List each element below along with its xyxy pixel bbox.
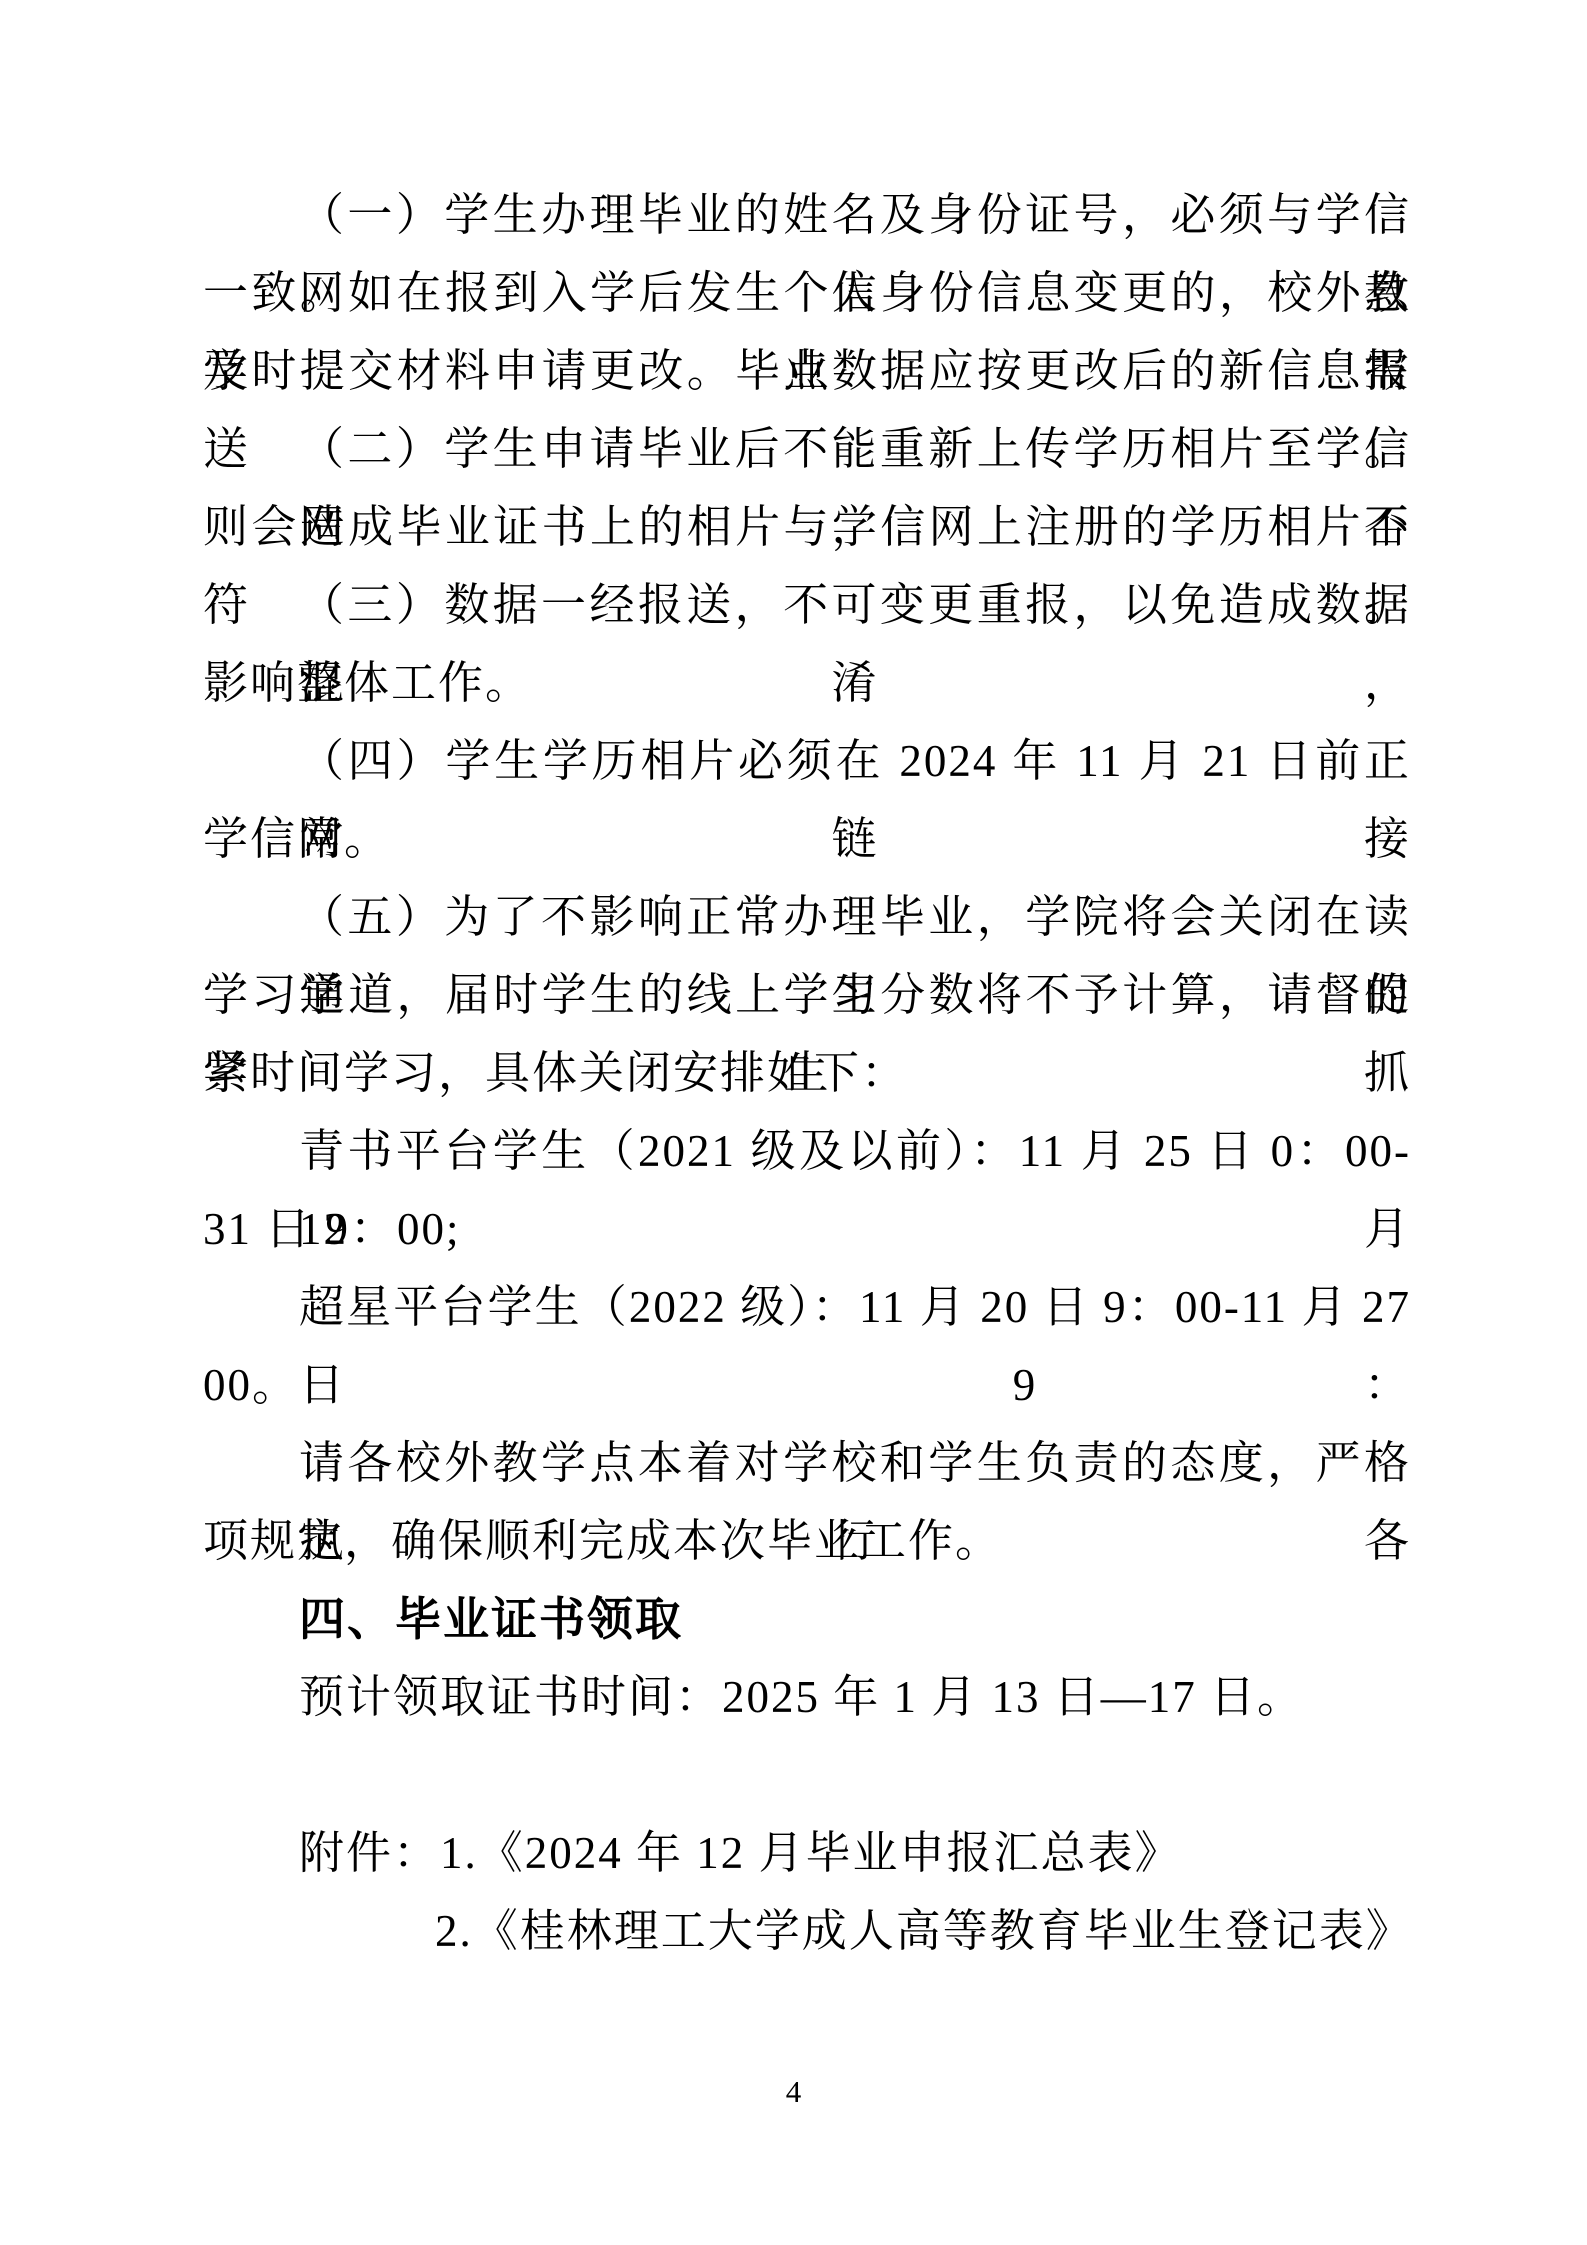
page-number: 4 [0,2072,1587,2112]
document-page: （一）学生办理毕业的姓名及身份证号，必须与学信网信息 一致。如在报到入学后发生个… [0,0,1587,2245]
section-heading: 四、毕业证书领取 [203,1580,1411,1658]
blank-line [203,1736,1411,1814]
paragraph-line: 超星平台学生（2022 级）：11 月 20 日 9：00-11 月 27 日 … [203,1268,1411,1346]
paragraph-line: 及时提交材料申请更改。毕业数据应按更改后的新信息报送。 [203,332,1411,410]
paragraph-line: 请各校外教学点本着对学校和学生负责的态度，严格执行各 [203,1424,1411,1502]
attachment-line: 2.《桂林理工大学成人高等教育毕业生登记表》 [203,1892,1411,1970]
paragraph-line: 一致。如在报到入学后发生个人身份信息变更的，校外教学点需 [203,254,1411,332]
paragraph-line: 青书平台学生（2021 级及以前）：11 月 25 日 0：00-12 月 [203,1112,1411,1190]
paragraph-line: （二）学生申请毕业后不能重新上传学历相片至学信网，否 [203,410,1411,488]
attachment-line: 附件：1.《2024 年 12 月毕业申报汇总表》 [203,1814,1411,1892]
paragraph-line: 学习通道，届时学生的线上学习分数将不予计算，请督促学生抓 [203,956,1411,1034]
paragraph-line: （五）为了不影响正常办理毕业，学院将会关闭在读学生的 [203,878,1411,956]
body-text: （一）学生办理毕业的姓名及身份证号，必须与学信网信息 一致。如在报到入学后发生个… [203,176,1411,1970]
paragraph-line: 则会造成毕业证书上的相片与学信网上注册的学历相片不符。 [203,488,1411,566]
paragraph-line: 预计领取证书时间：2025 年 1 月 13 日—17 日。 [203,1658,1411,1736]
paragraph-line: （四）学生学历相片必须在 2024 年 11 月 21 日前正常链接 [203,722,1411,800]
paragraph-line: （一）学生办理毕业的姓名及身份证号，必须与学信网信息 [203,176,1411,254]
paragraph-line: （三）数据一经报送，不可变更重报，以免造成数据混淆， [203,566,1411,644]
